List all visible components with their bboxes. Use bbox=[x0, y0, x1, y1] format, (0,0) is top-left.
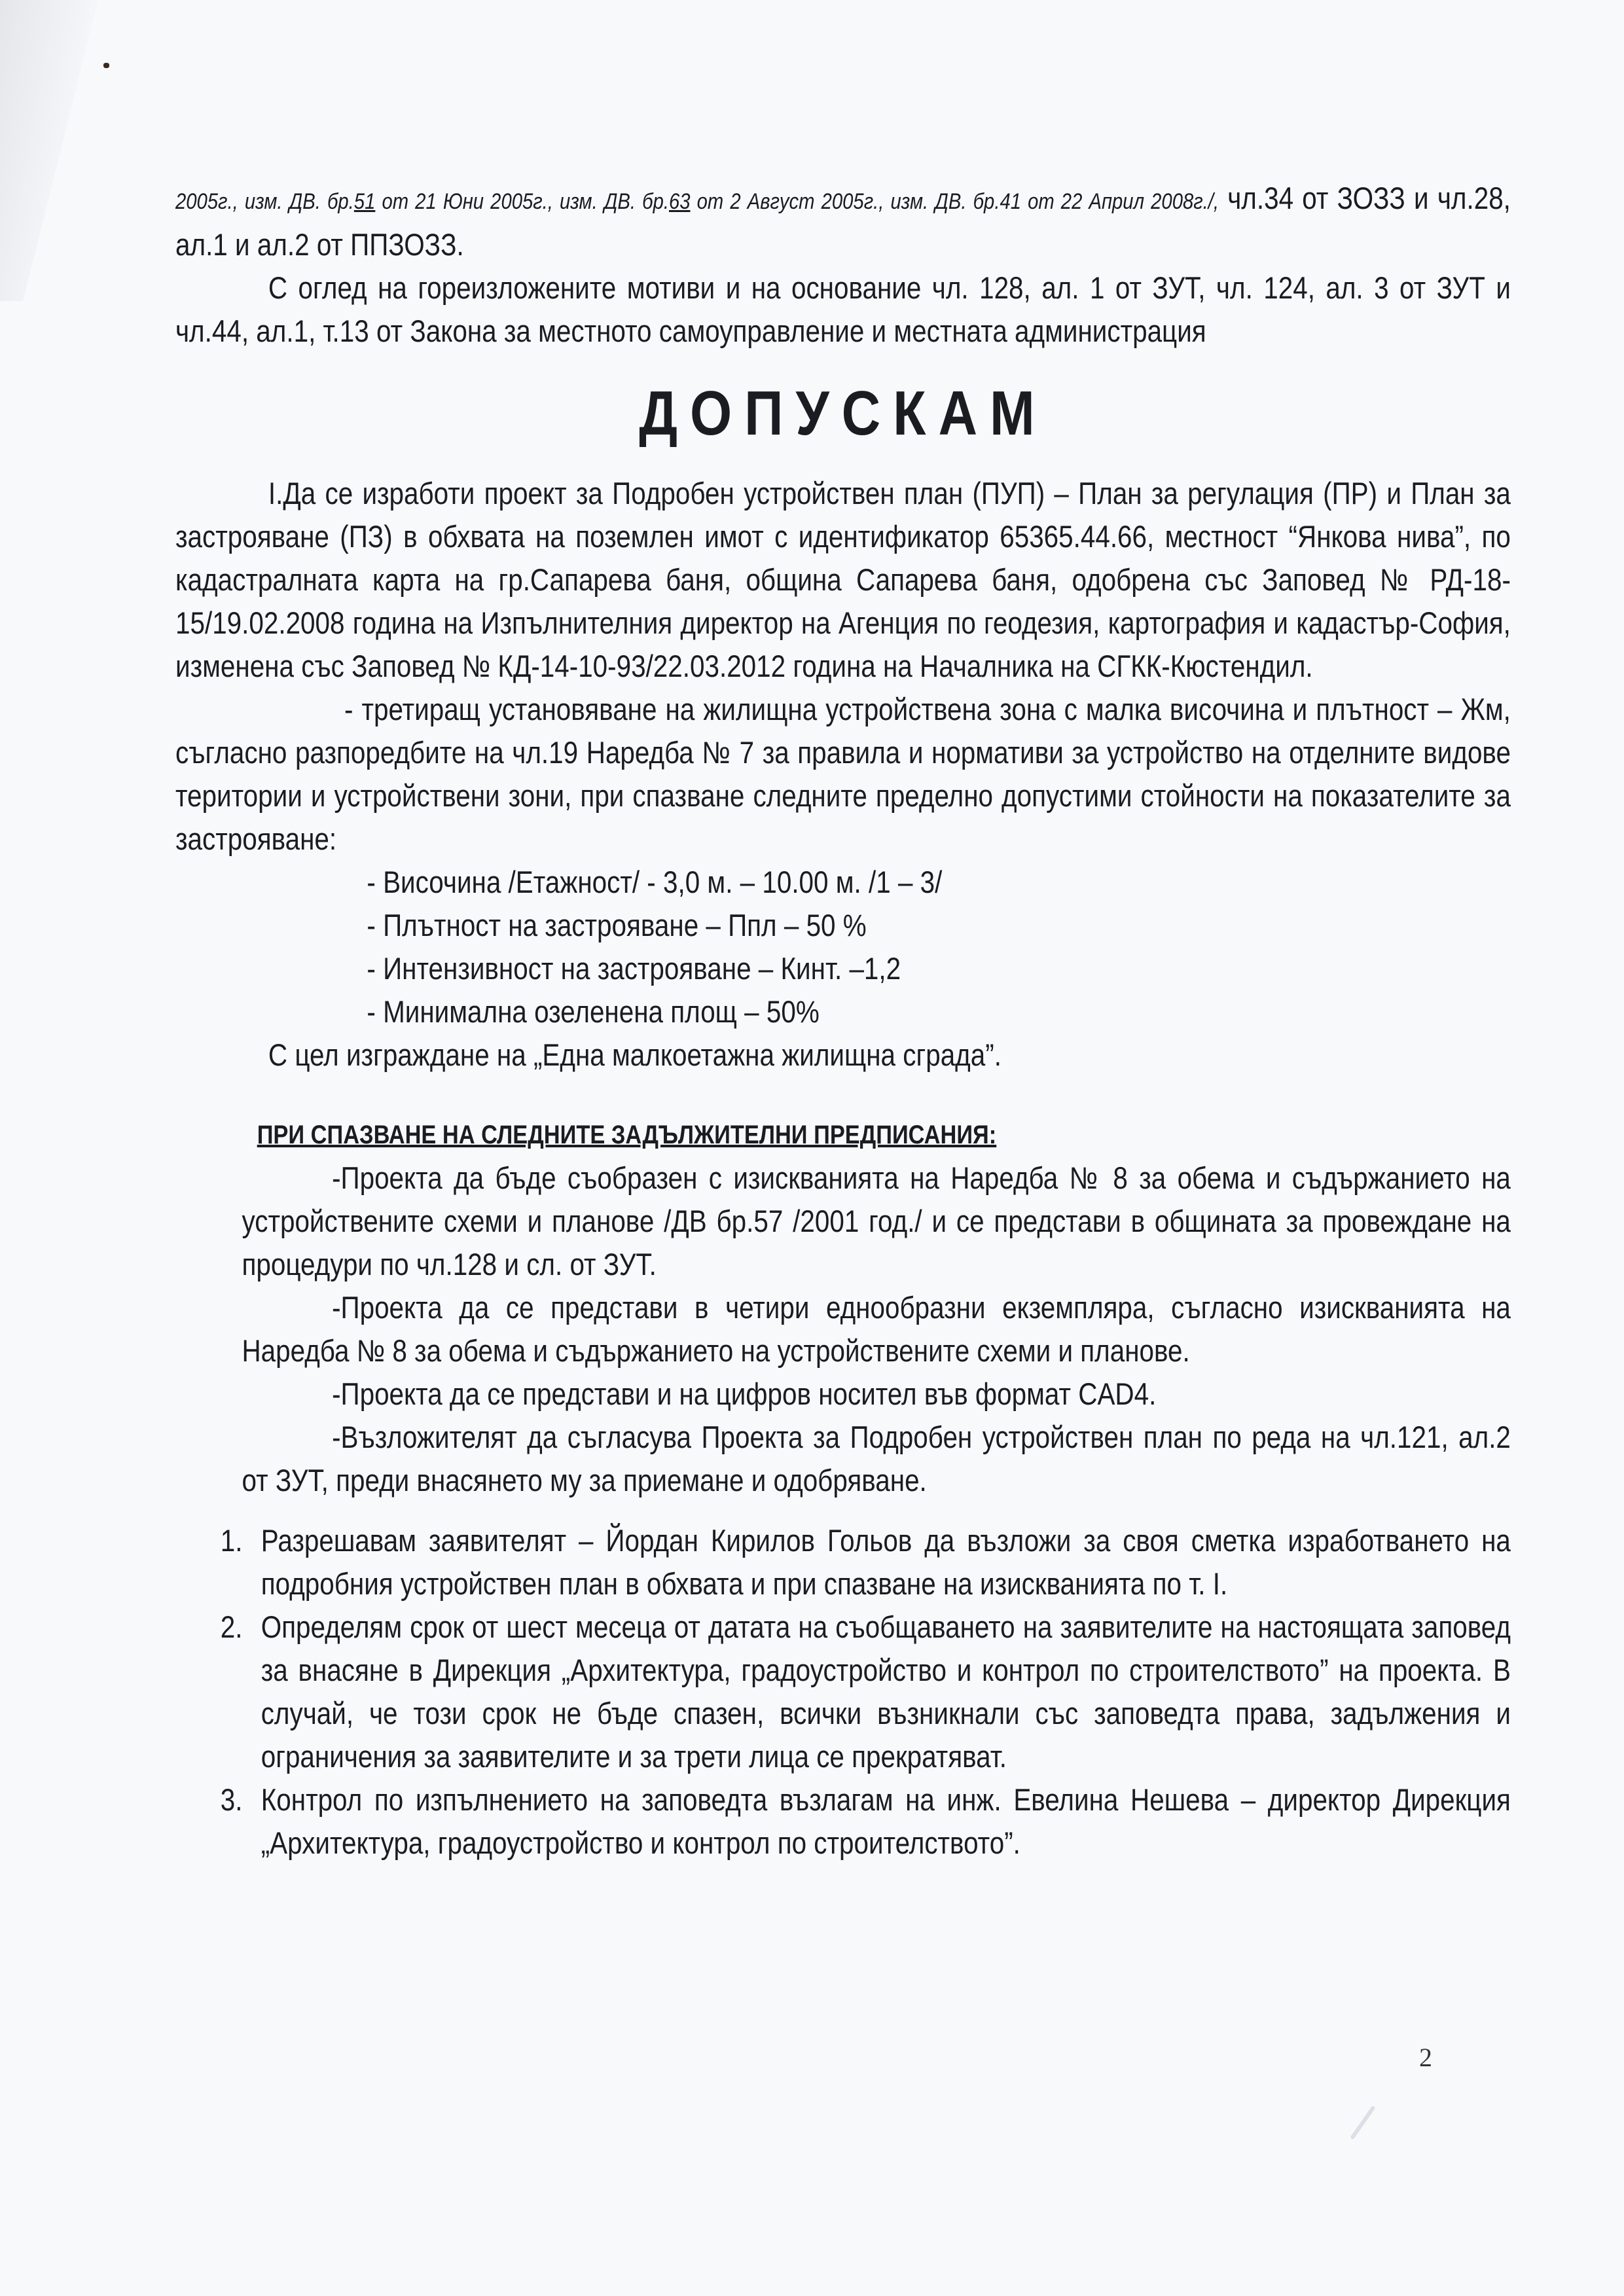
ref-underlined: 63 bbox=[669, 189, 691, 214]
requirement-item: -Проекта да бъде съобразен с изискваният… bbox=[242, 1157, 1510, 1286]
section-i-paragraph: I.Да се изработи проект за Подробен устр… bbox=[175, 472, 1511, 688]
document-body: 2005г., изм. ДВ. бр.51 от 21 Юни 2005г.,… bbox=[175, 177, 1511, 1865]
item-text: Контрол по изпълнението на заповедта въз… bbox=[261, 1782, 1511, 1860]
item-number: 3. bbox=[221, 1778, 243, 1821]
requirement-item: -Възложителят да съгласува Проекта за По… bbox=[242, 1416, 1510, 1502]
parameter-item: - Минимална озеленена площ – 50% bbox=[175, 990, 1511, 1033]
order-heading: ДОПУСКАМ bbox=[175, 378, 1511, 450]
item-number: 1. bbox=[221, 1519, 243, 1562]
parameter-item: - Плътност на застрояване – Ппл – 50 % bbox=[175, 904, 1511, 947]
numbered-item: 3.Контрол по изпълнението на заповедта в… bbox=[175, 1778, 1511, 1865]
page-fold-shadow bbox=[0, 0, 98, 301]
requirements-title: ПРИ СПАЗВАНЕ НА СЛЕДНИТЕ ЗАДЪЛЖИТЕЛНИ ПР… bbox=[175, 1113, 1511, 1157]
parameter-item: - Височина /Етажност/ - 3,0 м. – 10.00 м… bbox=[175, 861, 1511, 904]
item-number: 2. bbox=[221, 1605, 243, 1649]
ref-text: от 2 Август 2005г., изм. ДВ. бр.41 от 22… bbox=[691, 189, 1219, 214]
item-text: Определям срок от шест месеца от датата … bbox=[261, 1609, 1511, 1774]
page-number: 2 bbox=[1419, 2042, 1432, 2073]
ref-text: 2005г., изм. ДВ. бр. bbox=[175, 189, 354, 214]
requirement-item: -Проекта да се представи в четири еднооб… bbox=[242, 1286, 1510, 1372]
scan-speck bbox=[103, 63, 109, 68]
basis-paragraph: С оглед на гореизложените мотиви и на ос… bbox=[175, 266, 1511, 353]
intro-paragraph: 2005г., изм. ДВ. бр.51 от 21 Юни 2005г.,… bbox=[175, 177, 1511, 266]
requirement-item: -Проекта да се представи и на цифров нос… bbox=[242, 1372, 1510, 1416]
numbered-list: 1.Разрешавам заявителят – Йордан Кирилов… bbox=[175, 1519, 1511, 1865]
parameter-item: - Интензивност на застрояване – Кинт. –1… bbox=[175, 947, 1511, 990]
numbered-item: 2.Определям срок от шест месеца от датат… bbox=[175, 1605, 1511, 1778]
requirements-list: -Проекта да бъде съобразен с изискваният… bbox=[175, 1157, 1511, 1502]
parameters-list: - Височина /Етажност/ - 3,0 м. – 10.00 м… bbox=[175, 861, 1511, 1033]
zone-paragraph: - третиращ установяване на жилищна устро… bbox=[175, 688, 1511, 861]
legal-references: 2005г., изм. ДВ. бр.51 от 21 Юни 2005г.,… bbox=[175, 189, 1219, 214]
numbered-item: 1.Разрешавам заявителят – Йордан Кирилов… bbox=[175, 1519, 1511, 1605]
pen-mark bbox=[1350, 2106, 1375, 2140]
ref-text: от 21 Юни 2005г., изм. ДВ. бр. bbox=[375, 189, 669, 214]
item-text: Разрешавам заявителят – Йордан Кирилов Г… bbox=[261, 1523, 1511, 1601]
ref-underlined: 51 bbox=[354, 189, 376, 214]
purpose-line: С цел изграждане на „Една малкоетажна жи… bbox=[175, 1033, 1511, 1077]
